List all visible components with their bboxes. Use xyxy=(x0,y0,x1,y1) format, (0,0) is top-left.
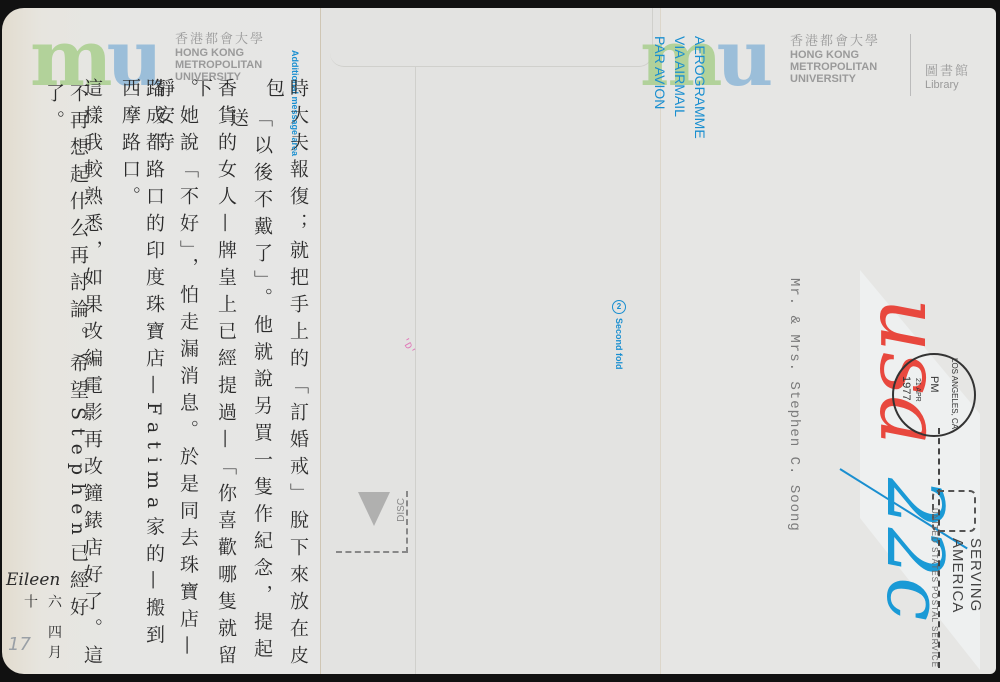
university-name-right: 香港都會大學 HONG KONG METROPOLITAN UNIVERSITY xyxy=(790,30,880,85)
library-label: 圖書館 Library xyxy=(925,60,970,91)
logo-mark-u-icon: u xyxy=(717,13,774,104)
airmail-label: AEROGRAMME VIA AIRMAIL PAR AVION xyxy=(650,36,710,139)
recipient-address: Mr. & Mrs. Stephen C. Soong xyxy=(786,278,802,532)
postmark-city: LOS ANGELES, CA xyxy=(950,358,959,429)
down-arrow-icon xyxy=(358,492,390,526)
fold-number-circle-icon: 2 xyxy=(612,300,626,314)
logo-divider xyxy=(910,34,911,96)
postmark-time: PM xyxy=(928,376,940,393)
side-flap-outline xyxy=(415,66,416,674)
middle-panel-back-flap xyxy=(320,8,660,674)
cancel-slogan: SERVING AMERICA xyxy=(948,538,984,613)
fold-line-left xyxy=(320,8,321,674)
pencil-number: 17 xyxy=(8,634,31,655)
postmark-year: 1977 xyxy=(900,376,912,400)
second-fold-label: 2Second fold xyxy=(612,300,626,370)
handwritten-column-5: 路成都路口的印度珠寶店—Fatima家的—搬到西摩路口。 xyxy=(118,78,166,674)
postmark-date: 21 APR xyxy=(914,378,921,402)
university-name-left: 香港都會大學 HONG KONG METROPOLITAN UNIVERSITY xyxy=(175,28,265,83)
disc-label: DISC xyxy=(396,498,407,522)
top-flap-outline xyxy=(330,8,653,67)
usps-line: UNITED STATES POSTAL SERVICE xyxy=(930,508,939,668)
aerogramme-sheet: mu 香港都會大學 HONG KONG METROPOLITAN UNIVERS… xyxy=(0,8,1000,674)
signature-eileen: Eileen xyxy=(6,570,60,590)
